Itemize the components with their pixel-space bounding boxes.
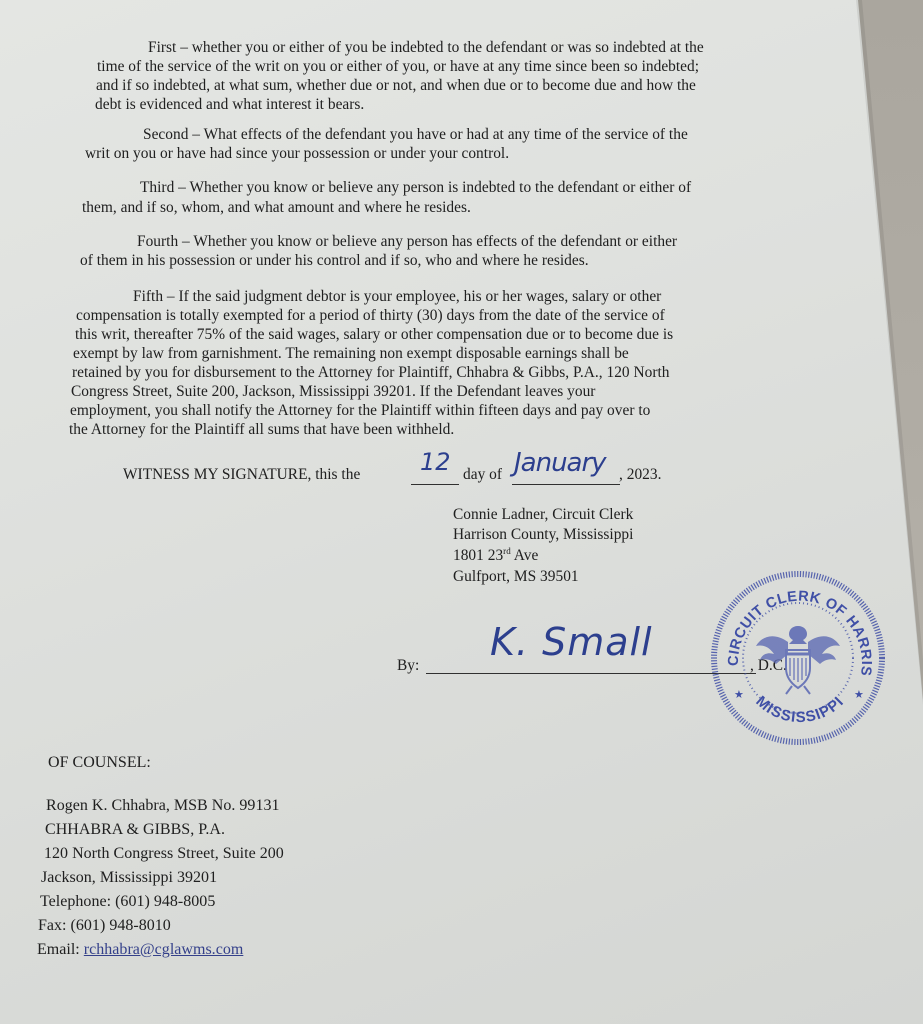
seal-bottom-text: MISSISSIPPI bbox=[753, 693, 848, 726]
text-line: debt is evidenced and what interest it b… bbox=[95, 97, 364, 112]
handwritten-signature: K. Small bbox=[490, 620, 653, 664]
witness-suffix: , 2023. bbox=[619, 467, 661, 482]
text-line: writ on you or have had since your posse… bbox=[85, 146, 509, 161]
counsel-telephone: Telephone: (601) 948-8005 bbox=[40, 894, 215, 910]
clerk-city: Gulfport, MS 39501 bbox=[453, 569, 579, 584]
seal-star-left: ★ bbox=[734, 688, 744, 701]
text-line: them, and if so, whom, and what amount a… bbox=[82, 200, 471, 215]
text-line: First – whether you or either of you be … bbox=[148, 40, 704, 55]
counsel-email-line: Email: rchhabra@cglawms.com bbox=[37, 942, 243, 958]
seal-star-right: ★ bbox=[854, 688, 864, 701]
text-line: Fourth – Whether you know or believe any… bbox=[137, 234, 677, 249]
text-line: the Attorney for the Plaintiff all sums … bbox=[69, 422, 454, 437]
counsel-fax: Fax: (601) 948-8010 bbox=[38, 918, 171, 934]
text-line: Congress Street, Suite 200, Jackson, Mis… bbox=[71, 384, 595, 399]
clerk-name: Connie Ladner, Circuit Clerk bbox=[453, 507, 633, 522]
text-line: retained by you for disbursement to the … bbox=[72, 365, 670, 380]
witness-middle: day of bbox=[463, 467, 502, 482]
counsel-heading: OF COUNSEL: bbox=[48, 755, 151, 771]
eagle-emblem-icon bbox=[756, 626, 840, 694]
text-line: employment, you shall notify the Attorne… bbox=[70, 403, 650, 418]
signature-blank bbox=[426, 673, 756, 674]
email-link[interactable]: rchhabra@cglawms.com bbox=[84, 941, 244, 958]
text-line: compensation is totally exempted for a p… bbox=[76, 308, 665, 323]
clerk-county: Harrison County, Mississippi bbox=[453, 527, 633, 542]
counsel-street: 120 North Congress Street, Suite 200 bbox=[44, 846, 284, 862]
text-line: Fifth – If the said judgment debtor is y… bbox=[133, 289, 661, 304]
text-line: Third – Whether you know or believe any … bbox=[140, 180, 691, 195]
text-line: and if so indebted, at what sum, whether… bbox=[96, 78, 696, 93]
street-suffix: rd bbox=[503, 546, 511, 556]
counsel-attorney: Rogen K. Chhabra, MSB No. 99131 bbox=[46, 798, 280, 814]
seal-top-text: CIRCUIT CLERK OF HARRISON COUNTY bbox=[708, 568, 874, 677]
handwritten-month: January bbox=[514, 448, 606, 478]
email-label: Email: bbox=[37, 941, 84, 958]
street-number: 1801 23 bbox=[453, 547, 503, 564]
by-label: By: bbox=[397, 658, 419, 673]
clerk-street: 1801 23rd Ave bbox=[453, 548, 538, 563]
street-rest: Ave bbox=[511, 547, 539, 564]
counsel-firm: CHHABRA & GIBBS, P.A. bbox=[45, 822, 225, 838]
witness-prefix: WITNESS MY SIGNATURE, this the bbox=[123, 467, 360, 482]
text-line: Second – What effects of the defendant y… bbox=[143, 127, 688, 142]
county-seal-stamp: CIRCUIT CLERK OF HARRISON COUNTY MISSISS… bbox=[708, 568, 888, 748]
text-line: time of the service of the writ on you o… bbox=[97, 59, 699, 74]
handwritten-day: 12 bbox=[420, 448, 451, 476]
counsel-city: Jackson, Mississippi 39201 bbox=[41, 870, 217, 886]
text-line: of them in his possession or under his c… bbox=[80, 253, 589, 268]
text-line: exempt by law from garnishment. The rema… bbox=[73, 346, 629, 361]
text-line: this writ, thereafter 75% of the said wa… bbox=[75, 327, 673, 342]
